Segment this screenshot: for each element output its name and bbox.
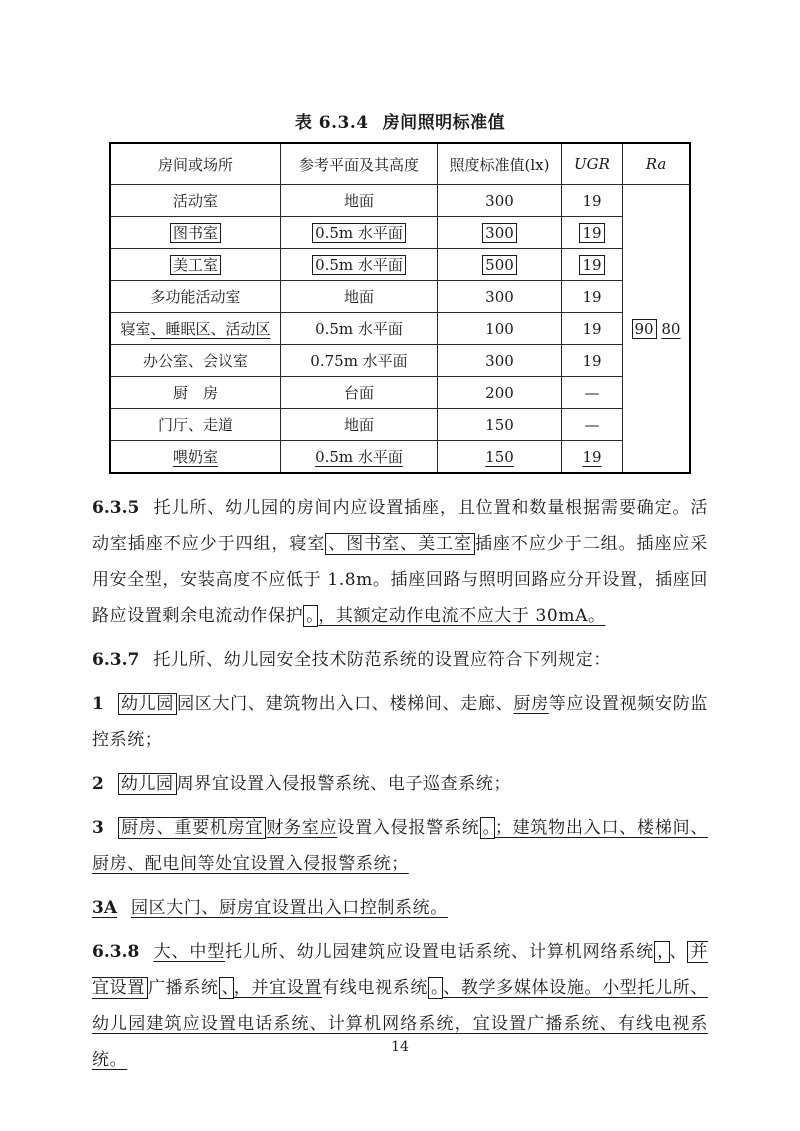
text-segment: ， <box>654 941 669 963</box>
clause-number: 6.3.5 <box>92 498 139 518</box>
text-segment: 活动室 <box>173 192 218 210</box>
table-row: 多功能活动室地面30019 <box>110 281 690 313</box>
table-cell: 19 <box>562 345 623 377</box>
table-caption-text: 房间照明标准值 <box>383 113 506 133</box>
text-segment: 财务室应 <box>266 818 337 838</box>
text-segment: 。 <box>428 977 443 999</box>
table-cell: 0.5m 水平面 <box>281 217 438 249</box>
table-row: 活动室地面3001990 80 <box>110 185 690 217</box>
text-segment: ，并宜设置 <box>234 978 322 998</box>
table-cell: — <box>562 409 623 441</box>
table-cell: 100 <box>438 313 562 345</box>
table-cell: 0.5m 水平面 <box>281 313 438 345</box>
table-cell: 19 <box>562 217 623 249</box>
text-segment: 幼儿园 <box>118 773 177 795</box>
text-segment: 90 <box>632 319 657 339</box>
text-segment: 80 <box>661 320 680 338</box>
text-segment: 300 <box>482 223 517 243</box>
text-segment: 办公室、会议室 <box>143 352 248 370</box>
text-segment: 。 <box>480 817 495 839</box>
table-cell: 300 <box>438 185 562 217</box>
text-segment: 广播系统 <box>148 978 219 998</box>
paragraph-item-2: 2幼儿园周界宜设置入侵报警系统、电子巡查系统； <box>92 766 708 802</box>
text-segment: 0.75m 水平面 <box>310 352 407 370</box>
table-cell: 美工室 <box>110 249 281 281</box>
text-segment: 厨房 <box>513 694 548 714</box>
table-cell: 500 <box>438 249 562 281</box>
table-row: 厨 房台面200— <box>110 377 690 409</box>
text-segment: 台面 <box>344 384 374 402</box>
lighting-standards-table: 房间或场所参考平面及其高度照度标准值(lx)UGRRa 活动室地面3001990… <box>109 142 691 474</box>
text-segment: 0.5m 水平面 <box>315 320 403 338</box>
clause-number: 6.3.7 <box>92 650 139 670</box>
text-segment: — <box>585 384 600 402</box>
text-segment: 19 <box>579 255 604 275</box>
text-segment: 19 <box>579 223 604 243</box>
text-segment: 幼儿园 <box>118 693 177 715</box>
text-segment: 300 <box>485 192 514 210</box>
text-segment: 、图书室、美工室 <box>325 533 475 555</box>
table-cell: 300 <box>438 345 562 377</box>
text-segment: 周界宜设置入侵报警系统、电子巡查系统； <box>177 774 511 794</box>
table-cell: 活动室 <box>110 185 281 217</box>
table-cell: 地面 <box>281 185 438 217</box>
text-segment: 0.5m 水平面 <box>312 255 406 275</box>
paragraph-clause-6-3-8: 6.3.8大、中型托儿所、幼儿园建筑应设置电话系统、计算机网络系统，、并宜设置广… <box>92 934 708 1078</box>
text-segment: 有线电视系统 <box>322 978 428 998</box>
page-number: 14 <box>0 1039 800 1055</box>
text-segment: 托儿所、幼儿园建筑应设置电话系统、计算机网络系统 <box>225 942 654 962</box>
text-segment: 150 <box>485 416 514 434</box>
table-cell: 19 <box>562 281 623 313</box>
table-row: 美工室0.5m 水平面50019 <box>110 249 690 281</box>
text-segment: 150 <box>485 448 514 466</box>
table-row: 喂奶室0.5m 水平面15019 <box>110 441 690 474</box>
table-cell: 19 <box>562 313 623 345</box>
text-segment: 美工室 <box>170 255 221 275</box>
clause-number: 2 <box>92 774 104 794</box>
text-segment: 多功能活动室 <box>150 288 240 306</box>
table-row: 寝室、睡眠区、活动区0.5m 水平面10019 <box>110 313 690 345</box>
table-body: 活动室地面3001990 80图书室0.5m 水平面30019美工室0.5m 水… <box>110 185 690 474</box>
text-segment: 厨房、重要机房宜 <box>118 817 266 839</box>
column-header: Ra <box>623 143 691 185</box>
table-cell: 地面 <box>281 409 438 441</box>
text-segment: 喂奶室 <box>173 448 218 466</box>
document-page: 表 6.3.4房间照明标准值 房间或场所参考平面及其高度照度标准值(lx)UGR… <box>0 0 800 1131</box>
header-row: 房间或场所参考平面及其高度照度标准值(lx)UGRRa <box>110 143 690 185</box>
table-row: 办公室、会议室0.75m 水平面30019 <box>110 345 690 377</box>
table-cell: 300 <box>438 217 562 249</box>
text-segment: 门厅、走道 <box>158 416 233 434</box>
text-segment: 19 <box>582 192 601 210</box>
table-caption: 表 6.3.4房间照明标准值 <box>0 0 800 133</box>
text-segment: 地面 <box>344 288 374 306</box>
clause-number: 3A <box>92 898 117 918</box>
text-segment: 19 <box>582 320 601 338</box>
table-cell: 150 <box>438 441 562 474</box>
text-segment: 寝室 <box>120 320 150 338</box>
text-segment: 19 <box>582 352 601 370</box>
paragraph-item-3: 3厨房、重要机房宜财务室应设置入侵报警系统。；建筑物出入口、楼梯间、厨房、配电间… <box>92 810 708 882</box>
text-segment: 500 <box>482 255 517 275</box>
text-segment: 、睡眠区、活动区 <box>151 320 271 338</box>
column-header: 房间或场所 <box>110 143 281 185</box>
clause-number: 3 <box>92 818 104 838</box>
table-cell: 0.75m 水平面 <box>281 345 438 377</box>
table-cell: 喂奶室 <box>110 441 281 474</box>
table-row: 图书室0.5m 水平面30019 <box>110 217 690 249</box>
text-segment: 19 <box>582 288 601 306</box>
body-text: 6.3.5托儿所、幼儿园的房间内应设置插座，且位置和数量根据需要确定。活动室插座… <box>92 490 708 1078</box>
text-segment: — <box>585 416 600 434</box>
clause-number: 6.3.8 <box>92 942 139 962</box>
text-segment: 园区大门、厨房宜设置出入口控制系统。 <box>131 898 448 918</box>
table-cell: 台面 <box>281 377 438 409</box>
clause-number: 1 <box>92 694 104 714</box>
text-segment: 大、中型 <box>153 942 225 962</box>
text-segment: 0.5m 水平面 <box>312 223 406 243</box>
table-cell: 地面 <box>281 281 438 313</box>
table-cell: 办公室、会议室 <box>110 345 281 377</box>
text-segment: 厨 房 <box>173 384 218 402</box>
column-header: 参考平面及其高度 <box>281 143 438 185</box>
text-segment: ，其额定动作电流不应大于 30mA。 <box>318 606 605 626</box>
text-segment: 地面 <box>344 192 374 210</box>
text-segment: 0.5m 水平面 <box>315 448 403 466</box>
text-segment: 19 <box>582 448 601 466</box>
text-segment: 200 <box>485 384 514 402</box>
table-cell: 多功能活动室 <box>110 281 281 313</box>
text-segment: 托儿所、幼儿园安全技术防范系统的设置应符合下列规定： <box>153 650 611 670</box>
table-cell: 寝室、睡眠区、活动区 <box>110 313 281 345</box>
paragraph-clause-6-3-7: 6.3.7托儿所、幼儿园安全技术防范系统的设置应符合下列规定： <box>92 642 708 678</box>
paragraph-clause-6-3-5: 6.3.5托儿所、幼儿园的房间内应设置插座，且位置和数量根据需要确定。活动室插座… <box>92 490 708 634</box>
table-cell: 图书室 <box>110 217 281 249</box>
table-cell: 150 <box>438 409 562 441</box>
table-cell: — <box>562 377 623 409</box>
text-segment: 设置入侵报警系统 <box>337 818 479 838</box>
text-segment: 园区大门、建筑物出入口、楼梯间、走廊、 <box>177 694 513 714</box>
column-header: UGR <box>562 143 623 185</box>
table-cell: 0.5m 水平面 <box>281 249 438 281</box>
text-segment: 。 <box>303 605 318 627</box>
paragraph-item-1: 1幼儿园园区大门、建筑物出入口、楼梯间、走廊、厨房等应设置视频安防监控系统； <box>92 686 708 758</box>
table-cell: 门厅、走道 <box>110 409 281 441</box>
table-cell: 19 <box>562 249 623 281</box>
text-segment: 地面 <box>344 416 374 434</box>
table-cell: 0.5m 水平面 <box>281 441 438 474</box>
table-cell: 厨 房 <box>110 377 281 409</box>
column-header: 照度标准值(lx) <box>438 143 562 185</box>
paragraph-item-3A: 3A园区大门、厨房宜设置出入口控制系统。 <box>92 890 708 926</box>
text-segment: 图书室 <box>170 223 221 243</box>
table-cell: 19 <box>562 441 623 474</box>
table-header: 房间或场所参考平面及其高度照度标准值(lx)UGRRa <box>110 143 690 185</box>
table-cell: 300 <box>438 281 562 313</box>
text-segment: 、 <box>670 942 688 962</box>
table-cell: 200 <box>438 377 562 409</box>
text-segment: 300 <box>485 352 514 370</box>
table-cell: 19 <box>562 185 623 217</box>
table-row: 门厅、走道地面150— <box>110 409 690 441</box>
table-caption-number: 表 6.3.4 <box>295 113 369 133</box>
text-segment: 300 <box>485 288 514 306</box>
ra-merged-cell: 90 80 <box>623 185 691 474</box>
text-segment: 、 <box>219 977 234 999</box>
text-segment: 100 <box>485 320 514 338</box>
